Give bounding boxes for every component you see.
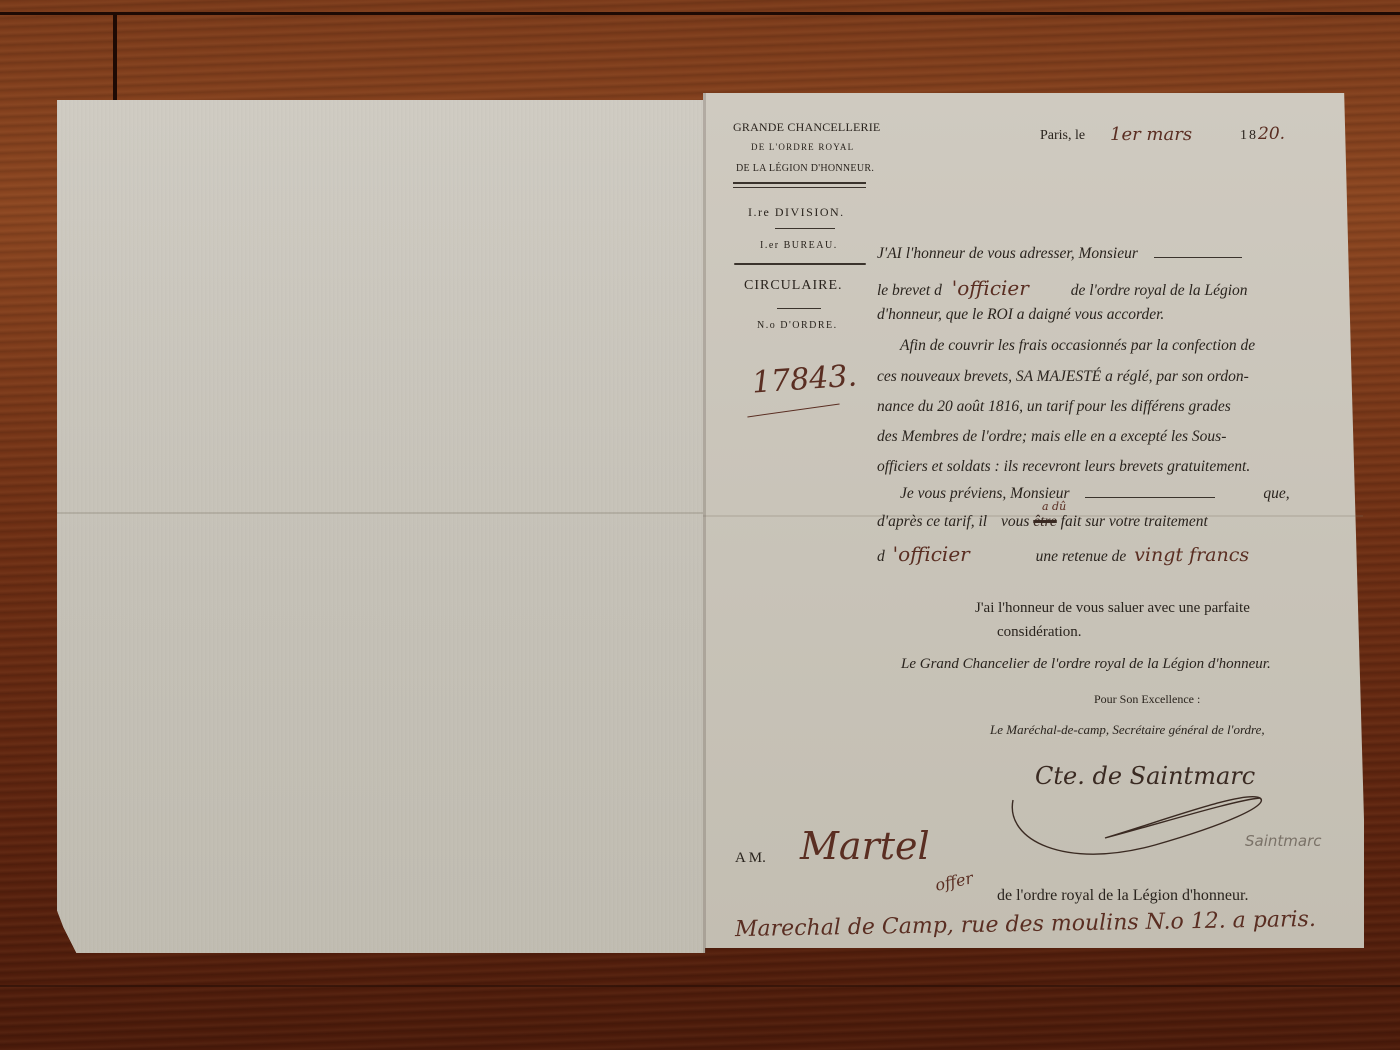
body-text: vous — [1001, 513, 1029, 530]
body-text: que, — [1263, 485, 1289, 502]
bureau-label: I.er BUREAU. — [760, 240, 838, 251]
body-text: fait sur votre traitement — [1061, 513, 1208, 530]
body-line: Je vous préviens, Monsieur que, — [900, 485, 1290, 503]
doc-type-label: CIRCULAIRE. — [744, 278, 843, 294]
blank-field — [1085, 497, 1215, 498]
body-text: de l'ordre royal de la Légion — [1071, 282, 1248, 299]
addressee-name: Martel — [800, 824, 930, 868]
body-line: J'AI l'honneur de vous adresser, Monsieu… — [877, 245, 1242, 263]
date-year-hand: 20. — [1258, 124, 1285, 144]
rule — [775, 228, 835, 229]
ornamental-rule — [734, 263, 866, 265]
double-rule — [733, 182, 866, 184]
body-line: Afin de couvrir les frais occasionnés pa… — [900, 337, 1255, 355]
signature-flourish — [1005, 780, 1275, 870]
page-spine-fold — [703, 93, 706, 953]
blank-field — [1154, 257, 1242, 258]
handwritten-insertion: a dû — [1042, 500, 1066, 513]
body-text: d'après ce tarif, il — [877, 513, 987, 530]
body-line: d 'officier une retenue de vingt francs — [877, 542, 1249, 566]
double-rule — [733, 187, 866, 188]
pour-son-excellence: Pour Son Excellence : — [1094, 692, 1200, 707]
addressee-rank-printed: de l'ordre royal de la Légion d'honneur. — [997, 887, 1248, 905]
body-text: une retenue de — [1036, 548, 1127, 565]
addressee-prefix: A M. — [735, 850, 766, 867]
handwritten-rank: 'officier — [952, 276, 1029, 300]
floor-seam — [0, 12, 1400, 15]
date-year-printed: 18 — [1240, 128, 1258, 144]
struck-word: être — [1033, 513, 1057, 530]
secretary-title: Le Maréchal-de-camp, Secrétaire général … — [990, 722, 1265, 738]
date-day-month: 1er mars — [1110, 124, 1192, 145]
body-text: le brevet d — [877, 282, 942, 299]
handwritten-rank: 'officier — [893, 542, 970, 566]
horizontal-fold — [57, 512, 707, 514]
org-line-2: DE L'ORDRE ROYAL — [751, 142, 854, 152]
body-line: ces nouveaux brevets, SA MAJESTÉ a réglé… — [877, 368, 1249, 386]
salutation-line-1: J'ai l'honneur de vous saluer avec une p… — [975, 600, 1250, 617]
body-line: le brevet d 'officier de l'ordre royal d… — [877, 276, 1248, 300]
order-number-label: N.o D'ORDRE. — [757, 320, 838, 331]
org-line-1: GRANDE CHANCELLERIE — [733, 120, 880, 135]
floor-seam — [113, 15, 117, 100]
division-label: I.re DIVISION. — [748, 205, 845, 220]
body-line: d'honneur, que le ROI a daigné vous acco… — [877, 306, 1164, 324]
org-line-3: DE LA LÉGION D'HONNEUR. — [736, 163, 874, 174]
body-line: d'après ce tarif, il vous être fait sur … — [877, 513, 1208, 531]
order-number: 17843. — [751, 358, 858, 400]
handwritten-amount: vingt francs — [1134, 544, 1249, 566]
body-text: J'AI l'honneur de vous adresser, Monsieu… — [877, 245, 1138, 262]
date-place: Paris, le — [1040, 128, 1085, 144]
signatory-title: Le Grand Chancelier de l'ordre royal de … — [901, 656, 1271, 673]
body-line: nance du 20 août 1816, un tarif pour les… — [877, 398, 1231, 416]
body-line: des Membres de l'ordre; mais elle en a e… — [877, 428, 1226, 446]
floor-seam — [0, 985, 1400, 987]
body-text: d — [877, 548, 885, 565]
rule — [777, 308, 821, 309]
body-line: officiers et soldats : ils recevront leu… — [877, 458, 1250, 476]
salutation-line-2: considération. — [997, 624, 1082, 641]
pencil-note: Saintmarc — [1245, 832, 1322, 850]
left-blank-page — [57, 100, 705, 953]
